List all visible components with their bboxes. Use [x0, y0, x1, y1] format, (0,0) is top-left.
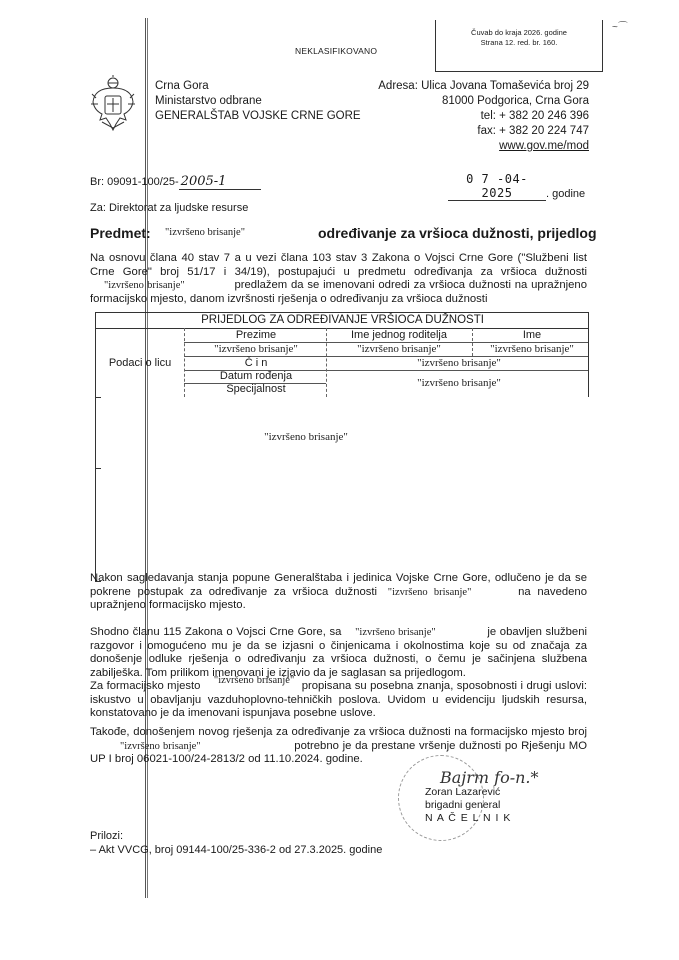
p3-text-1: Za formacijsko mjesto: [90, 680, 200, 692]
handwritten-signature: Bajrm fo-n.*: [440, 768, 539, 787]
col-divider: [472, 328, 473, 356]
signature-block: Zoran Lazarević brigadni general N A Č E…: [425, 786, 511, 825]
p1-redacted: "izvršeno brisanje": [384, 587, 512, 598]
proposal-table: PRIJEDLOG ZA ODREĐIVANJE VRŠIOCA DUŽNOST…: [95, 312, 589, 582]
p4-redacted: "izvršeno brisanje": [90, 741, 291, 752]
header-parent-name: Ime jednog roditelja: [328, 329, 470, 342]
person-data-label: Podaci o licu: [96, 357, 184, 370]
retention-stamp-line2: Strana 12. red. br. 160.: [436, 38, 602, 48]
paragraph-4: Takođe, donošenjem novog rješenja za odr…: [90, 726, 587, 767]
p4-text-1: Takođe, donošenjem novog rješenja za odr…: [90, 726, 587, 738]
paragraph-1: Nakon sagledavanja stanja popune General…: [90, 572, 587, 613]
p2-redacted: "izvršeno brisanje": [345, 627, 484, 638]
montenegro-coat-of-arms-icon: [90, 74, 136, 134]
col-divider: [184, 328, 185, 397]
reference-number: Br: 09091-100/25-2005-1: [90, 174, 261, 190]
subject-title: određivanje za vršioca dužnosti, prijedl…: [318, 225, 597, 241]
address-tel: tel: + 382 20 246 396: [378, 109, 589, 124]
parent-name-value: "izvršeno brisanje": [328, 343, 470, 356]
handwritten-number: 2005-1: [179, 174, 261, 190]
document-date: 0 7 -04- 2025. godine: [448, 172, 585, 201]
subject-redacted: "izvršeno brisanje": [165, 227, 245, 238]
paragraph-3: Za formacijsko mjesto "izvršeno brisanje…: [90, 680, 587, 721]
address-block: Adresa: Ulica Jovana Tomaševića broj 29 …: [378, 79, 589, 154]
p2-text-1: Shodno članu 115 Zakona o Vojsci Crne Go…: [90, 626, 341, 638]
signatory-name: Zoran Lazarević: [425, 786, 511, 799]
address-street: Adresa: Ulica Jovana Tomaševića broj 29: [378, 79, 589, 94]
p1-text-1: Nakon sagledavanja stanja popune General…: [90, 572, 587, 598]
org-country: Crna Gora: [155, 79, 361, 94]
intro-text-1: Na osnovu člana 40 stav 7 a u vezi člana…: [90, 252, 587, 278]
birth-specialty-value: "izvršeno brisanje": [328, 377, 590, 390]
paragraph-2: Shodno članu 115 Zakona o Vojsci Crne Go…: [90, 626, 587, 680]
specialty-label: Specijalnost: [188, 383, 324, 396]
attachment-item: – Akt VVCG, broj 09144-100/25-336-2 od 2…: [90, 844, 382, 858]
attachments-label: Prilozi:: [90, 830, 382, 844]
header-first-name: Ime: [474, 329, 590, 342]
org-ministry: Ministarstvo odbrane: [155, 94, 361, 109]
attachments: Prilozi: – Akt VVCG, broj 09144-100/25-3…: [90, 830, 382, 857]
intro-paragraph: Na osnovu člana 40 stav 7 a u vezi člana…: [90, 252, 587, 306]
signatory-title: N A Č E L N I K: [425, 812, 511, 825]
recipient: Za: Direktorat za ljudske resurse: [90, 202, 248, 214]
birth-date-label: Datum rođenja: [188, 370, 324, 383]
surname-value: "izvršeno brisanje": [188, 343, 324, 356]
reference-prefix: Br: 09091-100/25-: [90, 176, 179, 188]
organization-block: Crna Gora Ministarstvo odbrane GENERALŠT…: [155, 79, 361, 124]
signatory-rank: brigadni general: [425, 799, 511, 812]
date-stamp: 0 7 -04- 2025: [448, 172, 546, 201]
table-body-redacted: "izvršeno brisanje": [236, 431, 376, 444]
table-tick: [95, 468, 101, 469]
rank-value: "izvršeno brisanje": [328, 357, 590, 370]
classification-label: NEKLASIFIKOVANO: [295, 46, 377, 56]
rank-label: Č i n: [188, 357, 324, 370]
p3-redacted: "izvršeno brisanje": [204, 675, 298, 686]
website-link[interactable]: www.gov.me/mod: [499, 140, 589, 152]
table-title: PRIJEDLOG ZA ODREĐIVANJE VRŠIOCA DUŽNOST…: [96, 313, 589, 329]
address-fax: fax: + 382 20 224 747: [378, 124, 589, 139]
address-city: 81000 Podgorica, Crna Gora: [378, 94, 589, 109]
retention-stamp: Čuvab do kraja 2026. godine Strana 12. r…: [435, 20, 603, 72]
subject-label: Predmet:: [90, 225, 151, 241]
col-divider: [326, 328, 327, 397]
org-unit: GENERALŠTAB VOJSKE CRNE GORE: [155, 109, 361, 124]
retention-stamp-line1: Čuvab do kraja 2026. godine: [436, 28, 602, 38]
header-surname: Prezime: [188, 329, 324, 342]
date-suffix: . godine: [546, 188, 585, 200]
intro-redacted: "izvršeno brisanje": [90, 280, 185, 291]
first-name-value: "izvršeno brisanje": [474, 343, 590, 356]
handwritten-mark: ~⌒: [612, 18, 628, 33]
table-tick: [95, 397, 101, 398]
